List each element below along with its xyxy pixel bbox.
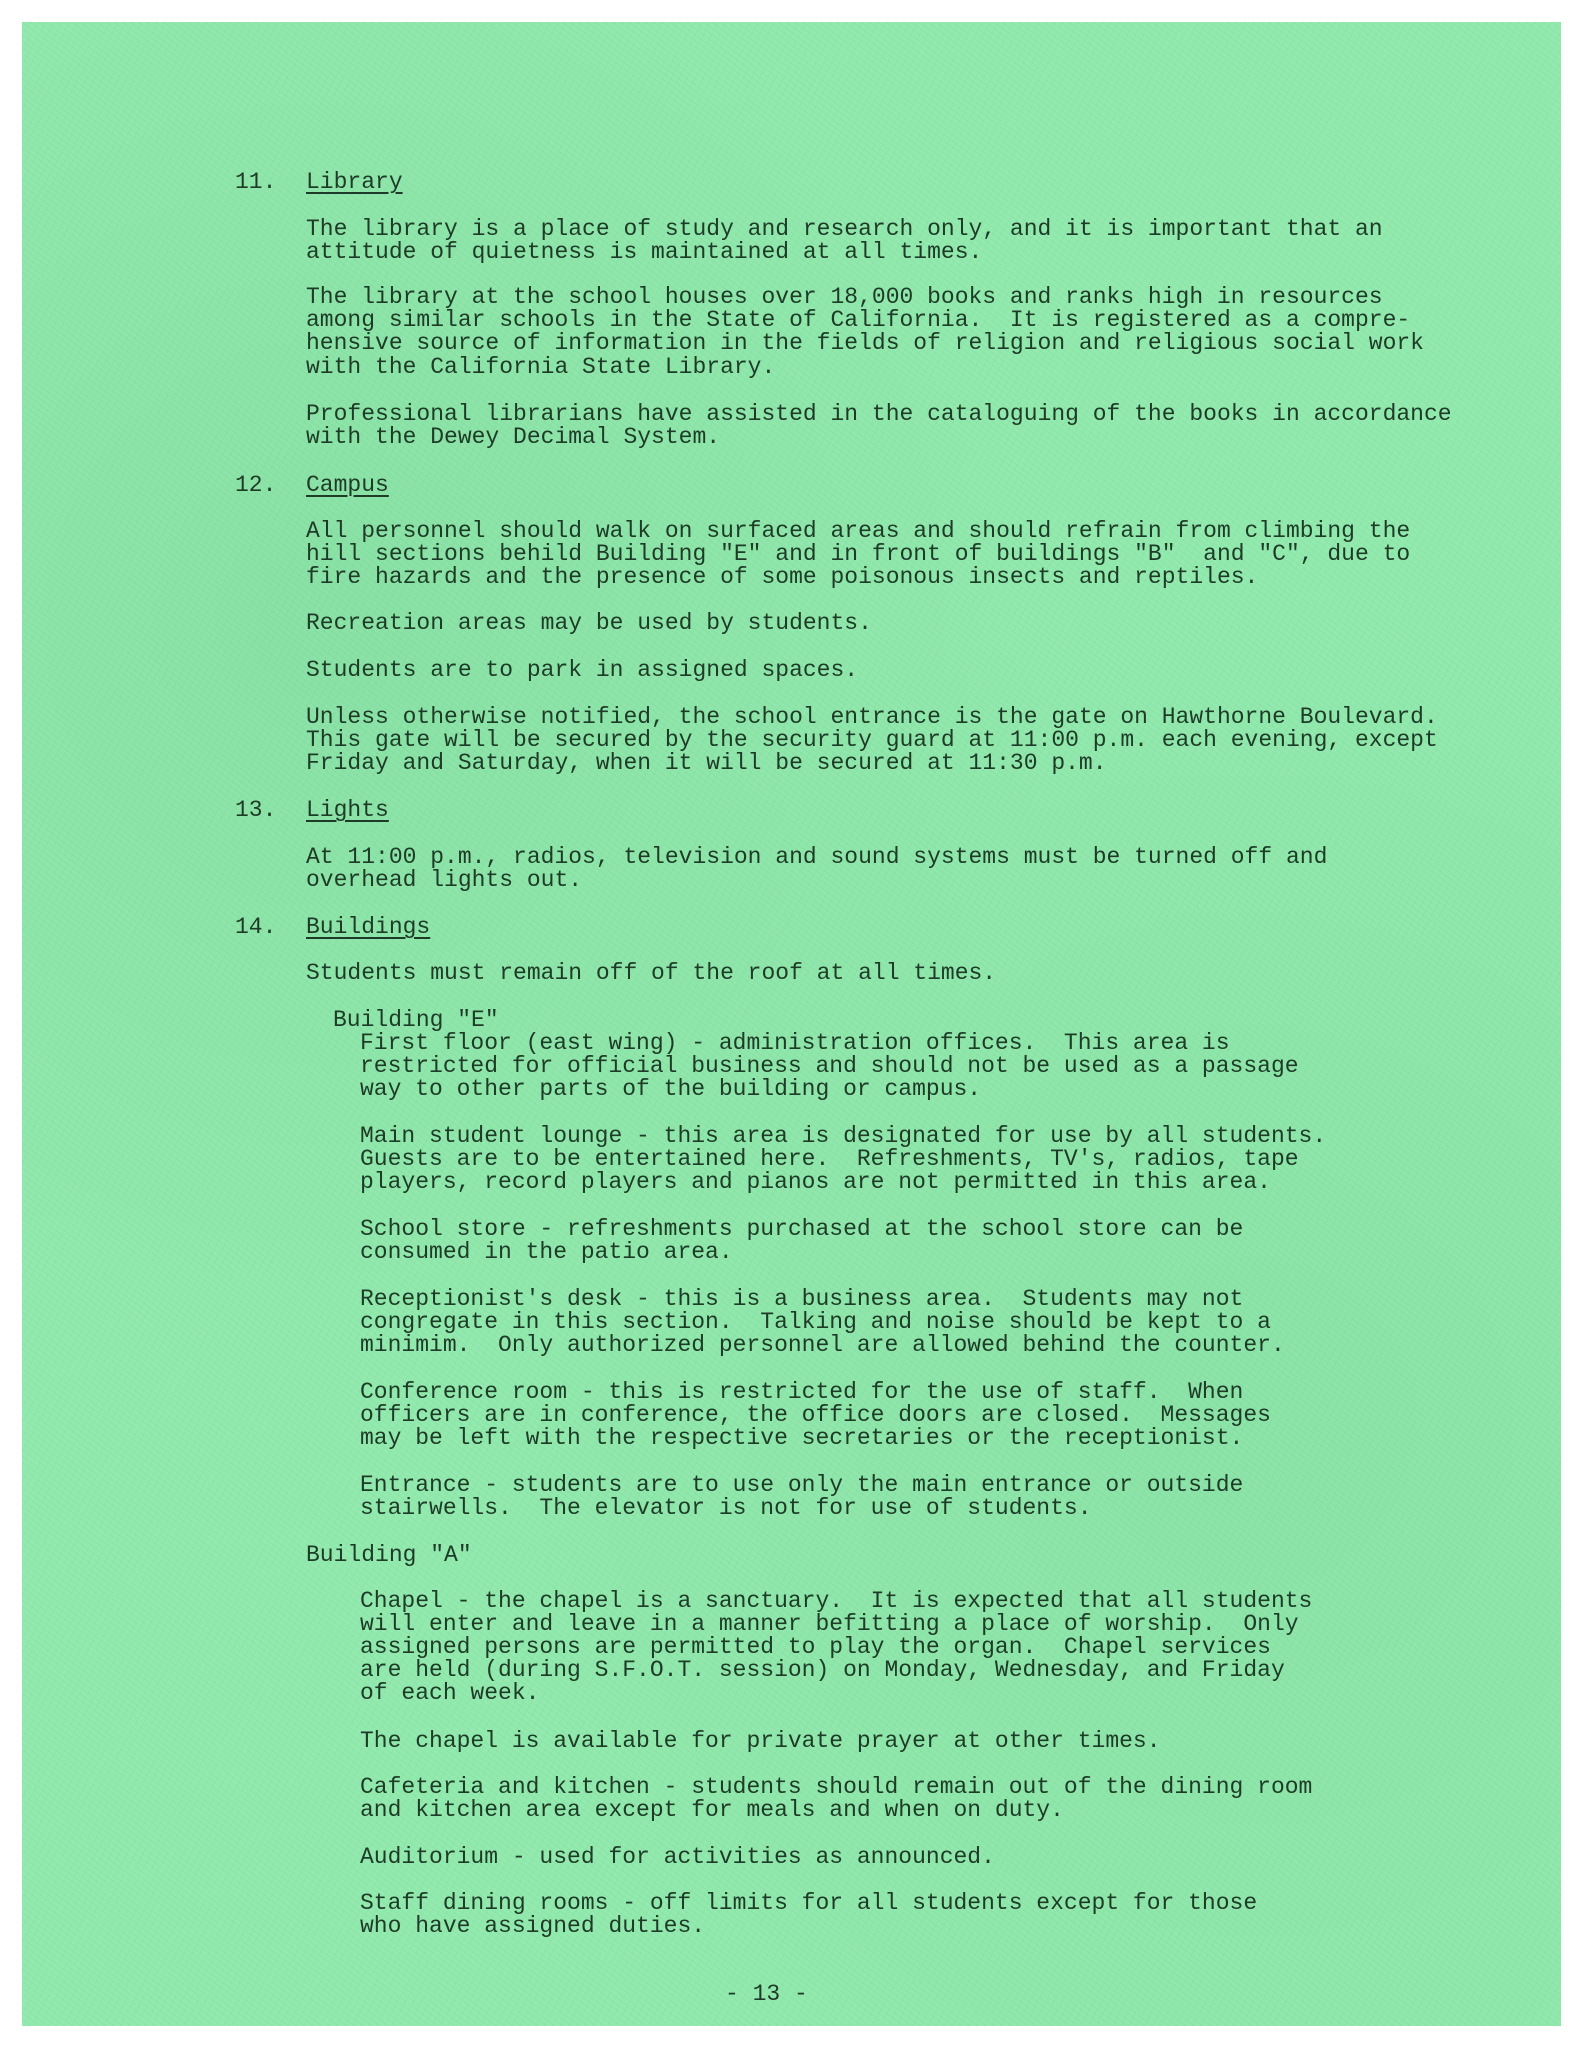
building-item-line: School store - refreshments purchased at… (360, 1218, 1243, 1241)
paragraph-line: At 11:00 p.m., radios, television and so… (306, 846, 1327, 869)
building-item-line: First floor (east wing) - administration… (360, 1032, 1230, 1055)
section-number: 14. (235, 916, 276, 939)
paragraph-line: The library at the school houses over 18… (306, 286, 1383, 309)
building-item-line: Entrance - students are to use only the … (360, 1474, 1243, 1497)
paragraph-line: All personnel should walk on surfaced ar… (306, 520, 1410, 543)
paragraph-line: hensive source of information in the fie… (306, 332, 1424, 355)
building-item-line: The chapel is available for private pray… (360, 1730, 1161, 1753)
paragraph-line: Unless otherwise notified, the school en… (306, 706, 1438, 729)
building-item-line: players, record players and pianos are n… (360, 1171, 1271, 1194)
building-item-line: Conference room - this is restricted for… (360, 1381, 1243, 1404)
paragraph-line: hill sections behild Building "E" and in… (306, 543, 1410, 566)
section-title-library: Library (306, 171, 403, 194)
paragraph-line: Professional librarians have assisted in… (306, 403, 1452, 426)
section-title-campus: Campus (306, 474, 389, 497)
building-item-line: Receptionist's desk - this is a business… (360, 1288, 1243, 1311)
paragraph-line: with the California State Library. (306, 356, 775, 379)
building-item-line: Main student lounge - this area is desig… (360, 1125, 1326, 1148)
paragraph-line: Recreation areas may be used by students… (306, 612, 872, 635)
section-title-buildings: Buildings (306, 916, 430, 939)
building-item-line: Staff dining rooms - off limits for all … (360, 1892, 1257, 1915)
building-item-line: Chapel - the chapel is a sanctuary. It i… (360, 1590, 1312, 1613)
building-item-line: minimim. Only authorized personnel are a… (360, 1334, 1285, 1357)
page-number: - 13 - (725, 1983, 808, 2006)
paragraph-line: Students are to park in assigned spaces. (306, 659, 858, 682)
building-item-line: consumed in the patio area. (360, 1241, 733, 1264)
paragraph-line: with the Dewey Decimal System. (306, 426, 720, 449)
paragraph-line: The library is a place of study and rese… (306, 218, 1383, 241)
section-number: 13. (235, 799, 276, 822)
building-item-line: will enter and leave in a manner befitti… (360, 1613, 1299, 1636)
building-a-heading: Building "A" (306, 1544, 472, 1567)
building-item-line: Guests are to be entertained here. Refre… (360, 1148, 1299, 1171)
building-item-line: assigned persons are permitted to play t… (360, 1636, 1271, 1659)
section-title-lights: Lights (306, 799, 389, 822)
section-number: 11. (235, 171, 276, 194)
paragraph-line: Students must remain off of the roof at … (306, 962, 996, 985)
building-item-line: are held (during S.F.O.T. session) on Mo… (360, 1659, 1285, 1682)
building-item-line: and kitchen area except for meals and wh… (360, 1799, 1064, 1822)
building-item-line: who have assigned duties. (360, 1915, 705, 1938)
paragraph-line: Friday and Saturday, when it will be sec… (306, 752, 1107, 775)
paragraph-line: attitude of quietness is maintained at a… (306, 241, 982, 264)
building-item-line: Cafeteria and kitchen - students should … (360, 1776, 1312, 1799)
building-item-line: stairwells. The elevator is not for use … (360, 1497, 1092, 1520)
building-item-line: may be left with the respective secretar… (360, 1427, 1243, 1450)
paragraph-line: among similar schools in the State of Ca… (306, 309, 1410, 332)
document-page: 11. Library The library is a place of st… (22, 22, 1561, 2026)
building-item-line: restricted for official business and sho… (360, 1055, 1299, 1078)
building-item-line: Auditorium - used for activities as anno… (360, 1846, 995, 1869)
section-number: 12. (235, 474, 276, 497)
building-e-heading: Building "E" (333, 1009, 499, 1032)
paragraph-line: fire hazards and the presence of some po… (306, 566, 1258, 589)
building-item-line: way to other parts of the building or ca… (360, 1078, 981, 1101)
paragraph-line: overhead lights out. (306, 869, 582, 892)
paragraph-line: This gate will be secured by the securit… (306, 729, 1438, 752)
building-item-line: congregate in this section. Talking and … (360, 1311, 1271, 1334)
building-item-line: officers are in conference, the office d… (360, 1404, 1271, 1427)
building-item-line: of each week. (360, 1682, 539, 1705)
